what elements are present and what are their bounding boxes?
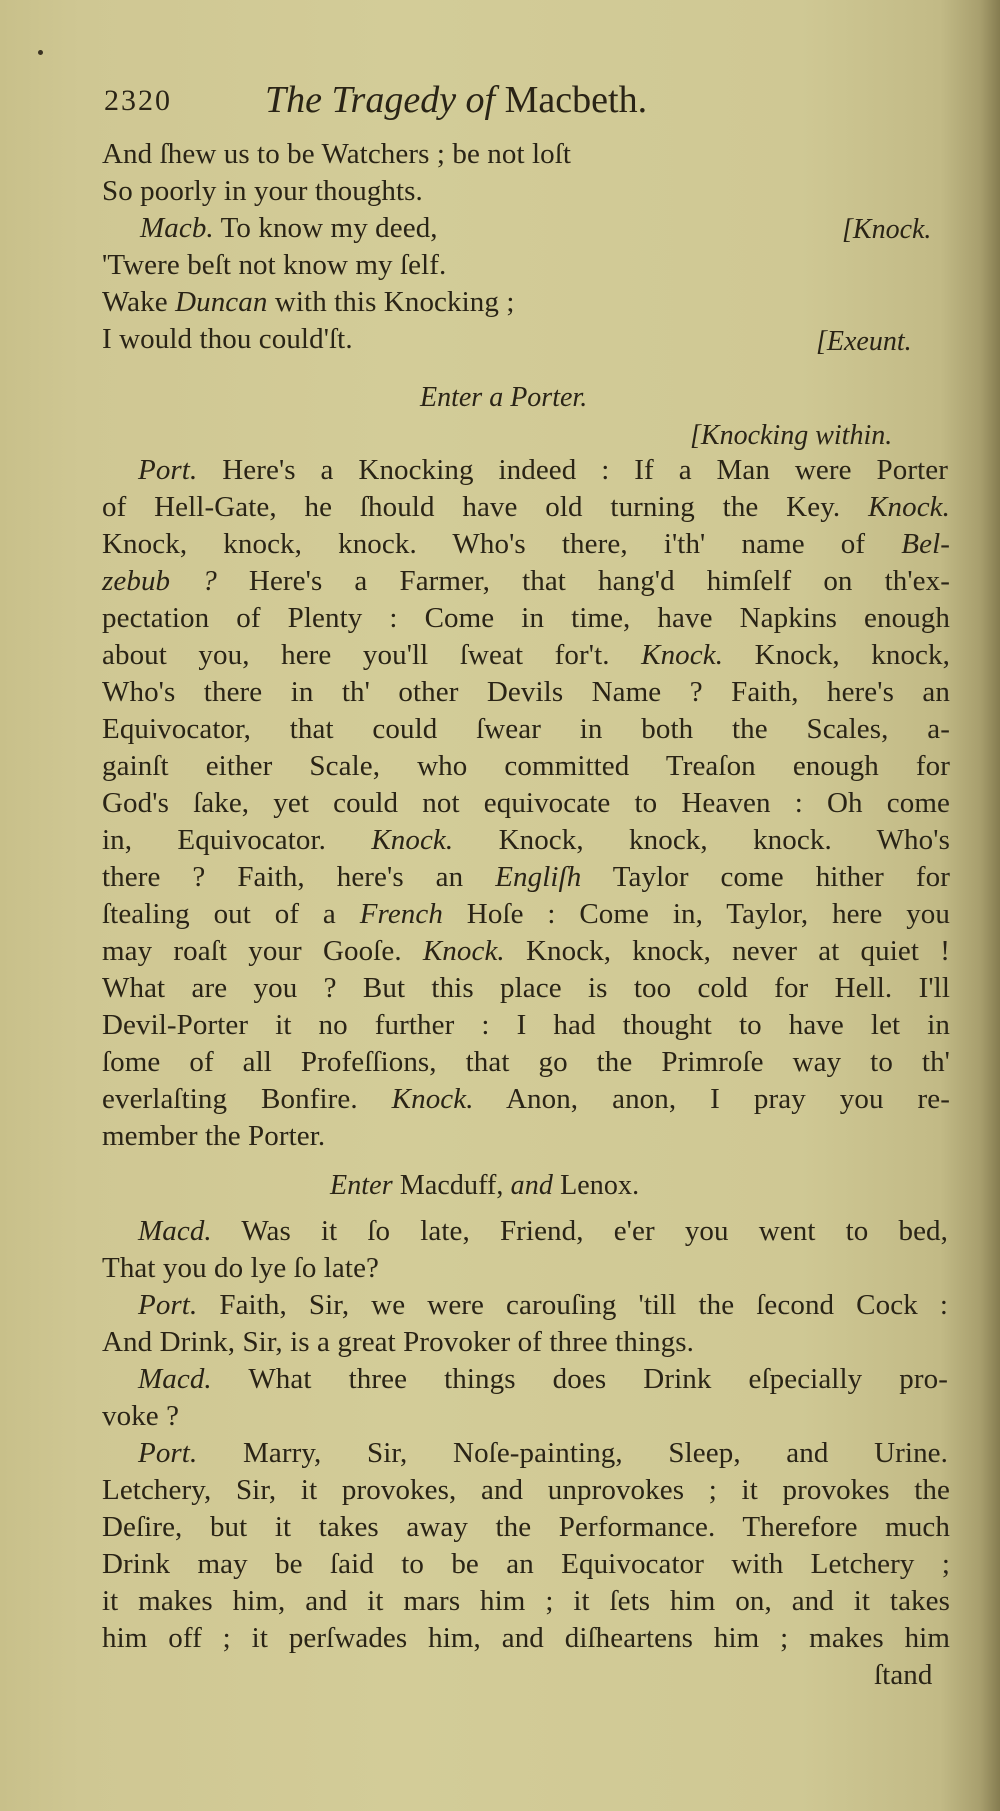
- stage-direction-word: and: [511, 1170, 553, 1201]
- prose-line: ſome of all Profeſſions, that go the Pri…: [102, 1044, 950, 1080]
- stage-direction-inline: Knock.: [423, 935, 505, 967]
- prose-line: in, Equivocator. Knock. Knock, knock, kn…: [102, 822, 950, 858]
- italic-word: French: [360, 898, 443, 930]
- stage-direction-knock: [Knock.: [842, 212, 931, 248]
- prose-line: voke ?: [102, 1398, 179, 1434]
- line-text: Taylor come hither for: [613, 861, 950, 893]
- prose-line: gainſt either Scale, who committed Treaſ…: [102, 748, 950, 784]
- speaker-name: Port.: [138, 454, 197, 486]
- line-text: Knock, knock, knock. Who's: [499, 824, 950, 856]
- prose-line: of Hell-Gate, he ſhould have old turning…: [102, 489, 950, 525]
- prose-line: about you, here you'll ſweat for't. Knoc…: [102, 637, 950, 673]
- line-text: Here's a Farmer, that hang'd himſelf on …: [249, 565, 950, 597]
- line-text: there ? Faith, here's an: [102, 861, 463, 893]
- character-name: Lenox.: [560, 1170, 639, 1201]
- running-title-roman: Macbeth.: [505, 79, 647, 121]
- running-title: The Tragedy of Macbeth.: [265, 78, 647, 122]
- verse-line: Macb. To know my deed,: [140, 210, 438, 246]
- prose-line: Devil-Porter it no further : I had thoug…: [102, 1007, 950, 1043]
- prose-line: Macd. What three things does Drink eſpec…: [102, 1361, 948, 1397]
- stage-direction-knocking-within: [Knocking within.: [690, 418, 892, 454]
- character-name: Duncan: [175, 286, 267, 318]
- line-text: of Hell-Gate, he ſhould have old turning…: [102, 491, 840, 523]
- prose-line: zebub ? Here's a Farmer, that hang'd him…: [102, 563, 950, 599]
- line-text: Hoſe : Come in, Taylor, here you: [467, 898, 950, 930]
- stage-direction-inline: Knock.: [392, 1083, 474, 1115]
- prose-line: Port. Marry, Sir, Noſe-painting, Sleep, …: [102, 1435, 948, 1471]
- prose-line: Who's there in th' other Devils Name ? F…: [102, 674, 950, 710]
- prose-line: everlaſting Bonfire. Knock. Anon, anon, …: [102, 1081, 950, 1117]
- line-text: about you, here you'll ſweat for't.: [102, 639, 610, 671]
- prose-line: Deſire, but it takes away the Performanc…: [102, 1509, 950, 1545]
- verse-line: 'Twere beſt not know my ſelf.: [102, 247, 446, 283]
- line-text: Was it ſo late, Friend, e'er you went to…: [241, 1215, 948, 1247]
- prose-line: there ? Faith, here's an Engliſh Taylor …: [102, 859, 950, 895]
- stage-direction-exeunt: [Exeunt.: [816, 324, 912, 360]
- prose-line: Port. Faith, Sir, we were carouſing 'til…: [102, 1287, 948, 1323]
- prose-line: pectation of Plenty : Come in time, have…: [102, 600, 950, 636]
- prose-line: Drink may be ſaid to be an Equivocator w…: [102, 1546, 950, 1582]
- character-name: Bel-: [901, 528, 950, 560]
- prose-line: may roaſt your Gooſe. Knock. Knock, knoc…: [102, 933, 950, 969]
- prose-line: And Drink, Sir, is a great Provoker of t…: [102, 1324, 694, 1360]
- prose-line: Equivocator, that could ſwear in both th…: [102, 711, 950, 747]
- stage-direction-word: Enter: [330, 1170, 393, 1201]
- verse-line: Wake Duncan with this Knocking ;: [102, 284, 514, 320]
- line-text: with this Knocking ;: [275, 286, 515, 318]
- prose-line: him off ; it perſwades him, and diſheart…: [102, 1620, 950, 1656]
- page-number: 2320: [104, 84, 172, 118]
- line-text: Anon, anon, I pray you re-: [506, 1083, 950, 1115]
- stage-direction-inline: Knock.: [868, 491, 950, 523]
- prose-line: member the Porter.: [102, 1118, 325, 1154]
- line-text: may roaſt your Gooſe.: [102, 935, 402, 967]
- line-text: Knock, knock, knock. Who's there, i'th' …: [102, 528, 865, 560]
- line-text: To know my deed,: [221, 212, 438, 244]
- prose-line: Port. Here's a Knocking indeed : If a Ma…: [102, 452, 948, 488]
- character-name: Macduff,: [400, 1170, 504, 1201]
- line-text: Knock, knock,: [755, 639, 950, 671]
- verse-line: And ſhew us to be Watchers ; be not loſt: [102, 136, 571, 172]
- catchword: ſtand: [874, 1657, 933, 1693]
- line-text: Marry, Sir, Noſe-painting, Sleep, and Ur…: [243, 1437, 948, 1469]
- stage-direction-enter-porter: Enter a Porter.: [420, 380, 587, 416]
- speaker-name: Macb.: [140, 212, 214, 244]
- stage-direction-inline: Knock.: [641, 639, 723, 671]
- ink-speck: [38, 50, 43, 55]
- line-text: Knock, knock, never at quiet !: [526, 935, 950, 967]
- line-text: ſtealing out of a: [102, 898, 336, 930]
- speaker-name: Port.: [138, 1289, 197, 1321]
- line-text: Here's a Knocking indeed : If a Man were…: [222, 454, 948, 486]
- line-text: Faith, Sir, we were carouſing 'till the …: [219, 1289, 948, 1321]
- line-text: in, Equivocator.: [102, 824, 326, 856]
- character-name: zebub ?: [102, 565, 217, 597]
- italic-word: Engliſh: [495, 861, 581, 893]
- prose-line: That you do lye ſo late?: [102, 1250, 379, 1286]
- prose-line: Macd. Was it ſo late, Friend, e'er you w…: [102, 1213, 948, 1249]
- prose-line: Letchery, Sir, it provokes, and unprovok…: [102, 1472, 950, 1508]
- line-text: everlaſting Bonfire.: [102, 1083, 358, 1115]
- prose-line: it makes him, and it mars him ; it ſets …: [102, 1583, 950, 1619]
- verse-line: I would thou could'ſt.: [102, 321, 353, 357]
- prose-line: What are you ? But this place is too col…: [102, 970, 950, 1006]
- prose-line: ſtealing out of a French Hoſe : Come in,…: [102, 896, 950, 932]
- line-text: Wake: [102, 286, 168, 318]
- running-title-italic: The Tragedy of: [265, 79, 495, 121]
- book-page: 2320 The Tragedy of Macbeth. And ſhew us…: [0, 0, 1000, 1811]
- prose-line: Knock, knock, knock. Who's there, i'th' …: [102, 526, 950, 562]
- speaker-name: Port.: [138, 1437, 197, 1469]
- line-text: What three things does Drink eſpecially …: [248, 1363, 948, 1395]
- stage-direction-enter-macduff: Enter Macduff, and Lenox.: [330, 1168, 639, 1204]
- verse-line: So poorly in your thoughts.: [102, 173, 423, 209]
- prose-line: God's ſake, yet could not equivocate to …: [102, 785, 950, 821]
- speaker-name: Macd.: [138, 1363, 212, 1395]
- stage-direction-inline: Knock.: [371, 824, 453, 856]
- speaker-name: Macd.: [138, 1215, 212, 1247]
- running-header: 2320 The Tragedy of Macbeth.: [100, 78, 800, 128]
